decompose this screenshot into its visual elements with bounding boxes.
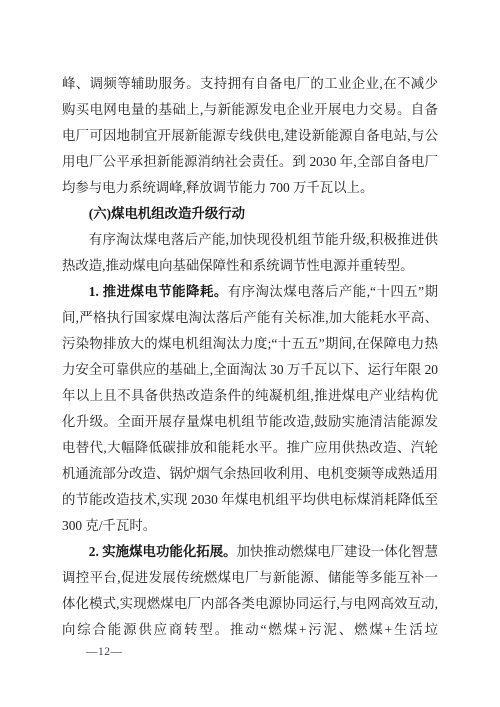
paragraph-numbered-item-2: 2. 实施煤电功能化拓展。加快推动燃煤电厂建设一体化智慧调控平台,促进发展传统燃…	[62, 539, 438, 643]
paragraph-continuation: 峰、调频等辅助服务。支持拥有自备电厂的工业企业,在不减少购买电网电量的基础上,与…	[62, 71, 438, 201]
page-number: —12—	[86, 644, 123, 660]
item-1-body-text: 有序淘汰煤电落后产能,“十四五”期间,严格执行国家煤电淘汰落后产能有关标准,加大…	[62, 284, 438, 533]
paragraph-numbered-item-1: 1. 推进煤电节能降耗。有序淘汰煤电落后产能,“十四五”期间,严格执行国家煤电淘…	[62, 279, 438, 539]
document-page: 峰、调频等辅助服务。支持拥有自备电厂的工业企业,在不减少购买电网电量的基础上,与…	[0, 0, 500, 707]
section-heading: (六)煤电机组改造升级行动	[62, 201, 438, 227]
item-2-lead-title: 2. 实施煤电功能化拓展。	[89, 544, 237, 559]
item-1-lead-title: 1. 推进煤电节能降耗。	[89, 284, 228, 299]
paragraph-section-intro: 有序淘汰煤电落后产能,加快现役机组节能升级,积极推进供热改造,推动煤电向基础保障…	[62, 227, 438, 279]
document-body: 峰、调频等辅助服务。支持拥有自备电厂的工业企业,在不减少购买电网电量的基础上,与…	[62, 71, 438, 643]
